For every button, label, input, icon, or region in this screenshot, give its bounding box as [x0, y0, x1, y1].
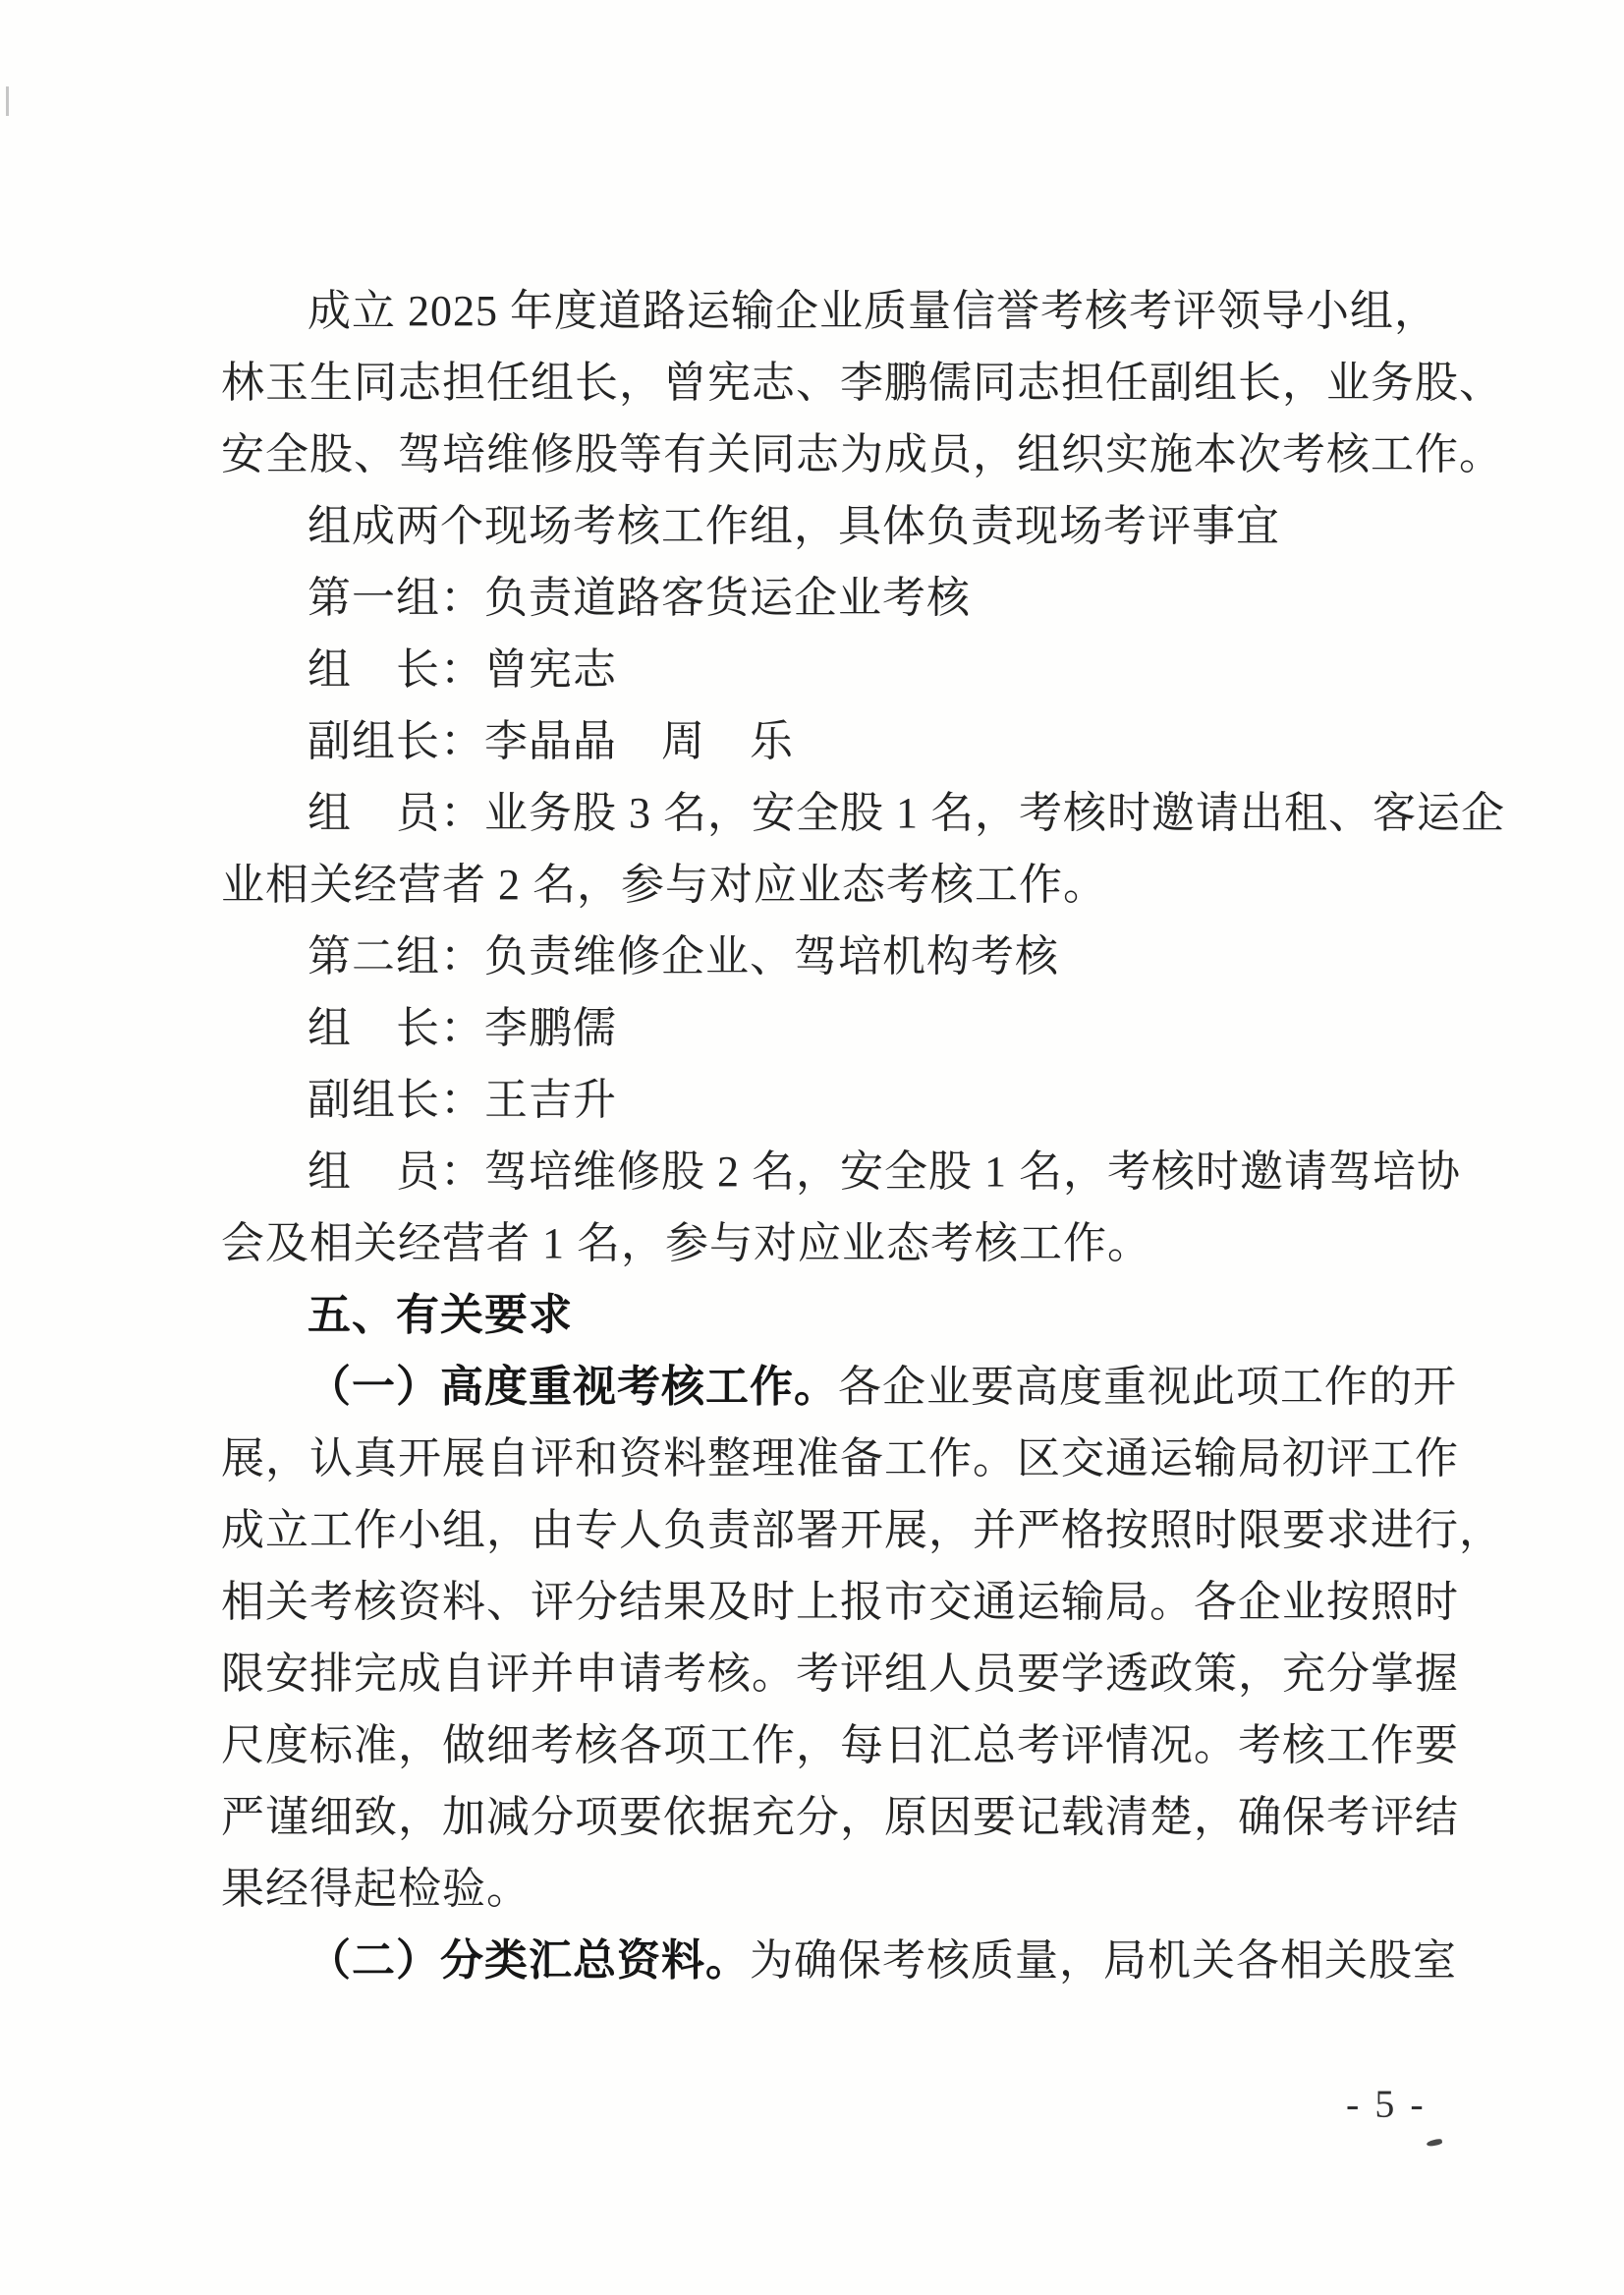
group-two-members-line: 组 员：驾培维修股 2 名，安全股 1 名，考核时邀请驾培协 [221, 1136, 1498, 1207]
group-one-title-line: 第一组：负责道路客货运企业考核 [221, 562, 1498, 634]
paragraph-line: 会及相关经营者 1 名，参与对应业态考核工作。 [221, 1207, 1498, 1279]
paragraph-line: 组成两个现场考核工作组，具体负责现场考评事宜 [221, 490, 1498, 562]
document-page: 成立 2025 年度道路运输企业质量信誉考核考评领导小组， 林玉生同志担任组长，… [0, 0, 1624, 2295]
page-number: - 5 - [1346, 2081, 1427, 2127]
group-one-leader-line: 组 长：曾宪志 [221, 634, 1498, 705]
paragraph-line: 严谨细致，加减分项要依据充分，原因要记载清楚，确保考评结 [221, 1781, 1498, 1853]
paragraph-line: 展，认真开展自评和资料整理准备工作。区交通运输局初评工作 [221, 1423, 1498, 1494]
subsection-two-line: （二）分类汇总资料。为确保考核质量，局机关各相关股室 [221, 1925, 1498, 1996]
group-one-members-line: 组 员：业务股 3 名，安全股 1 名，考核时邀请出租、客运企 [221, 777, 1498, 849]
paragraph-line: 安全股、驾培维修股等有关同志为成员，组织实施本次考核工作。 [221, 419, 1498, 490]
document-body: 成立 2025 年度道路运输企业质量信誉考核考评领导小组， 林玉生同志担任组长，… [221, 275, 1498, 1996]
section-heading: 五、有关要求 [221, 1279, 1498, 1351]
group-two-title-line: 第二组：负责维修企业、驾培机构考核 [221, 921, 1498, 992]
group-one-deputy-line: 副组长：李晶晶 周 乐 [221, 705, 1498, 777]
group-two-leader-line: 组 长：李鹏儒 [221, 992, 1498, 1064]
paragraph-line: 成立 2025 年度道路运输企业质量信誉考核考评领导小组， [221, 275, 1498, 347]
subsection-one-line: （一）高度重视考核工作。各企业要高度重视此项工作的开 [221, 1351, 1498, 1423]
paragraph-line: 林玉生同志担任组长，曾宪志、李鹏儒同志担任副组长，业务股、 [221, 347, 1498, 419]
paragraph-line: 业相关经营者 2 名，参与对应业态考核工作。 [221, 849, 1498, 921]
paragraph-line: 成立工作小组，由专人负责部署开展，并严格按照时限要求进行， [221, 1494, 1498, 1566]
group-two-deputy-line: 副组长：王吉升 [221, 1064, 1498, 1136]
paragraph-line: 果经得起检验。 [221, 1853, 1498, 1925]
paragraph-line: 限安排完成自评并申请考核。考评组人员要学透政策，充分掌握 [221, 1638, 1498, 1709]
scan-edge-artifact [6, 86, 9, 116]
scan-speck-artifact [1427, 2138, 1443, 2147]
paragraph-line: 尺度标准，做细考核各项工作，每日汇总考评情况。考核工作要 [221, 1709, 1498, 1781]
paragraph-line: 相关考核资料、评分结果及时上报市交通运输局。各企业按照时 [221, 1566, 1498, 1638]
